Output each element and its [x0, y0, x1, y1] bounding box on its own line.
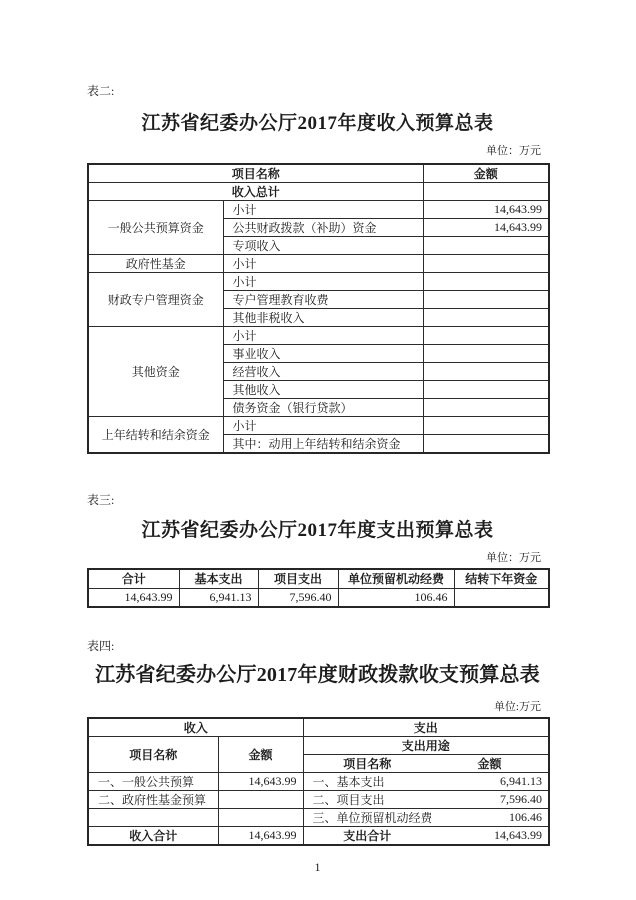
expense-item-cell: 二、项目支出	[303, 791, 431, 809]
table2-tag: 表二:	[87, 85, 548, 98]
income-budget-table: 项目名称 金额 收入总计 一般公共预算资金 小计 14,643.99 公共财政拨…	[87, 163, 550, 454]
item-cell: 公共财政拨款（补助）资金	[223, 219, 423, 237]
expense-name-header: 项目名称	[303, 755, 431, 773]
expense-total-label: 支出合计	[303, 827, 431, 846]
expense-total-amount: 14,643.99	[431, 827, 549, 846]
income-section-header: 收入	[88, 718, 303, 737]
table2-unit-label: 单位：万元	[87, 145, 548, 158]
expenditure-budget-table: 合计 基本支出 项目支出 单位预留机动经费 结转下年资金 14,643.99 6…	[87, 568, 550, 608]
table-row: 其他资金 小计	[88, 327, 549, 345]
income-item-cell: 一、一般公共预算	[88, 773, 218, 791]
amount-cell	[423, 237, 549, 255]
item-cell: 事业收入	[223, 345, 423, 363]
column-header: 项目支出	[258, 569, 338, 588]
fiscal-appropriation-table: 收入 支出 项目名称 金额 支出用途 项目名称 金额 一、一般公共预算 14,6…	[87, 717, 550, 846]
income-amount-header: 金额	[218, 737, 303, 773]
group-label: 财政专户管理资金	[88, 273, 223, 327]
group-label: 政府性基金	[88, 255, 223, 273]
item-cell: 小计	[223, 273, 423, 291]
table2-title: 江苏省纪委办公厅2017年度收入预算总表	[87, 111, 548, 136]
column-header-name: 项目名称	[88, 164, 423, 183]
document-page: 表二: 江苏省纪委办公厅2017年度收入预算总表 单位：万元 项目名称 金额 收…	[0, 0, 636, 900]
expense-amount-cell: 6,941.13	[431, 773, 549, 791]
table-header-row: 合计 基本支出 项目支出 单位预留机动经费 结转下年资金	[88, 569, 549, 588]
table-row: 一、一般公共预算 14,643.99 一、基本支出 6,941.13	[88, 773, 549, 791]
income-item-cell: 二、政府性基金预算	[88, 791, 218, 809]
column-header-amount: 金额	[423, 164, 549, 183]
table4-tag: 表四:	[87, 640, 548, 653]
amount-cell	[423, 273, 549, 291]
income-total-label: 收入合计	[88, 827, 218, 846]
item-cell: 专户管理教育收费	[223, 291, 423, 309]
income-name-header: 项目名称	[88, 737, 218, 773]
table3-unit-label: 单位：万元	[87, 552, 548, 565]
item-cell: 小计	[223, 327, 423, 345]
table-row: 收入总计	[88, 183, 549, 201]
item-cell: 小计	[223, 255, 423, 273]
group-label: 其他资金	[88, 327, 223, 417]
income-total-label: 收入总计	[88, 183, 423, 201]
table-row: 三、单位预留机动经费 106.46	[88, 809, 549, 827]
group-label: 一般公共预算资金	[88, 201, 223, 255]
column-header: 基本支出	[179, 569, 258, 588]
income-total-amount	[423, 183, 549, 201]
income-amount-cell	[218, 809, 303, 827]
item-cell: 小计	[223, 417, 423, 435]
amount-cell	[423, 435, 549, 454]
table3-tag: 表三:	[87, 494, 548, 507]
table-row: 上年结转和结余资金 小计	[88, 417, 549, 435]
income-item-cell	[88, 809, 218, 827]
table-header-row: 收入 支出	[88, 718, 549, 737]
table4-unit-label: 单位:万元	[87, 701, 548, 714]
table-row: 一般公共预算资金 小计 14,643.99	[88, 201, 549, 219]
column-header: 结转下年资金	[454, 569, 549, 588]
expense-amount-cell: 7,596.40	[431, 791, 549, 809]
amount-cell: 6,941.13	[179, 588, 258, 607]
item-cell: 其他收入	[223, 381, 423, 399]
income-amount-cell	[218, 791, 303, 809]
item-cell: 债务资金（银行贷款）	[223, 399, 423, 417]
column-header: 单位预留机动经费	[338, 569, 454, 588]
table-row: 二、政府性基金预算 二、项目支出 7,596.40	[88, 791, 549, 809]
page-content: 表二: 江苏省纪委办公厅2017年度收入预算总表 单位：万元 项目名称 金额 收…	[87, 0, 548, 874]
income-amount-cell: 14,643.99	[218, 773, 303, 791]
column-header: 合计	[88, 569, 179, 588]
item-cell: 经营收入	[223, 363, 423, 381]
amount-cell	[454, 588, 549, 607]
income-total-amount: 14,643.99	[218, 827, 303, 846]
amount-cell	[423, 363, 549, 381]
table-row: 14,643.99 6,941.13 7,596.40 106.46	[88, 588, 549, 607]
amount-cell: 14,643.99	[88, 588, 179, 607]
amount-cell: 14,643.99	[423, 201, 549, 219]
table3-title: 江苏省纪委办公厅2017年度支出预算总表	[87, 518, 548, 543]
table-row: 政府性基金 小计	[88, 255, 549, 273]
amount-cell	[423, 309, 549, 327]
expense-amount-header: 金额	[431, 755, 549, 773]
expense-usage-header: 支出用途	[303, 737, 549, 755]
expense-item-cell: 三、单位预留机动经费	[303, 809, 431, 827]
amount-cell	[423, 399, 549, 417]
amount-cell	[423, 327, 549, 345]
amount-cell: 7,596.40	[258, 588, 338, 607]
amount-cell: 106.46	[338, 588, 454, 607]
table-header-row: 项目名称 金额 支出用途	[88, 737, 549, 755]
table-row: 财政专户管理资金 小计	[88, 273, 549, 291]
expense-amount-cell: 106.46	[431, 809, 549, 827]
page-number: 1	[87, 860, 548, 874]
expense-item-cell: 一、基本支出	[303, 773, 431, 791]
group-label: 上年结转和结余资金	[88, 417, 223, 454]
amount-cell	[423, 291, 549, 309]
amount-cell	[423, 255, 549, 273]
table-header-row: 项目名称 金额	[88, 164, 549, 183]
amount-cell: 14,643.99	[423, 219, 549, 237]
item-cell: 其他非税收入	[223, 309, 423, 327]
table4-title: 江苏省纪委办公厅2017年度财政拨款收支预算总表	[87, 662, 548, 689]
expense-section-header: 支出	[303, 718, 549, 737]
item-cell: 专项收入	[223, 237, 423, 255]
table-row: 收入合计 14,643.99 支出合计 14,643.99	[88, 827, 549, 846]
item-cell: 小计	[223, 201, 423, 219]
amount-cell	[423, 345, 549, 363]
amount-cell	[423, 381, 549, 399]
amount-cell	[423, 417, 549, 435]
item-cell: 其中：动用上年结转和结余资金	[223, 435, 423, 454]
